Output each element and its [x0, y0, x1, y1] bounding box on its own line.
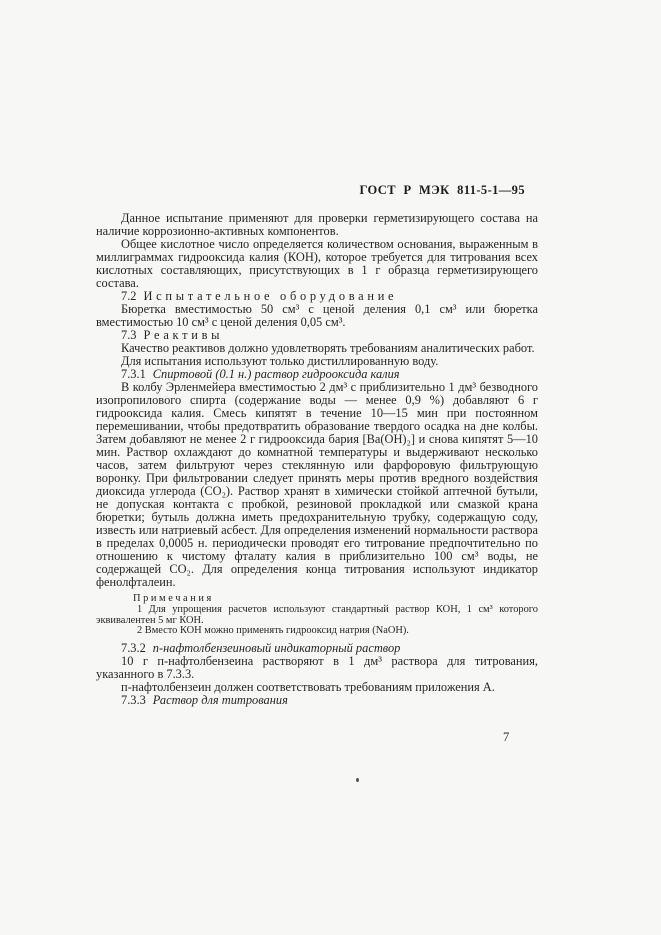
document-body: Данное испытание применяют для проверки …	[96, 212, 538, 707]
section-title: Спиртовой (0.1 н.) раствор гидрооксида к…	[153, 367, 400, 381]
document-designation: ГОСТ Р МЭК 811-5-1—95	[0, 183, 525, 198]
section-title: Испытательное оборудование	[144, 289, 398, 303]
document-page: ГОСТ Р МЭК 811-5-1—95 Данное испытание п…	[0, 0, 661, 935]
paragraph-naphthol-1: 10 г п-нафтолбензеина растворяют в 1 дм³…	[96, 655, 538, 681]
section-number: 7.2	[121, 289, 137, 303]
paragraph-burette: Бюретка вместимостью 50 см³ с ценой деле…	[96, 303, 538, 329]
page-number: 7	[503, 730, 509, 745]
section-title: п-нафтолбензеиновый индикаторный раствор	[153, 641, 401, 655]
note-2: 2 Вместо КОН можно применять гидрооксид …	[96, 626, 538, 637]
section-title: Раствор для титрования	[153, 693, 288, 707]
paragraph-intro-1: Данное испытание применяют для проверки …	[96, 212, 538, 238]
section-number: 7.3.3	[121, 693, 146, 707]
section-heading-7-3-3: 7.3.3Раствор для титрования	[96, 694, 538, 707]
section-number: 7.3.2	[121, 641, 146, 655]
paragraph-flask-procedure: В колбу Эрленмейера вместимостью 2 дм³ с…	[96, 381, 538, 589]
section-number: 7.3.1	[121, 367, 146, 381]
notes-block: Примечания 1 Для упрощения расчетов испо…	[96, 594, 538, 637]
scan-artifact-dot	[356, 778, 359, 782]
section-title: Реактивы	[144, 328, 224, 342]
note-1: 1 Для упрощения расчетов используют стан…	[96, 605, 538, 627]
paragraph-intro-2: Общее кислотное число определяется колич…	[96, 238, 538, 290]
section-number: 7.3	[121, 328, 137, 342]
